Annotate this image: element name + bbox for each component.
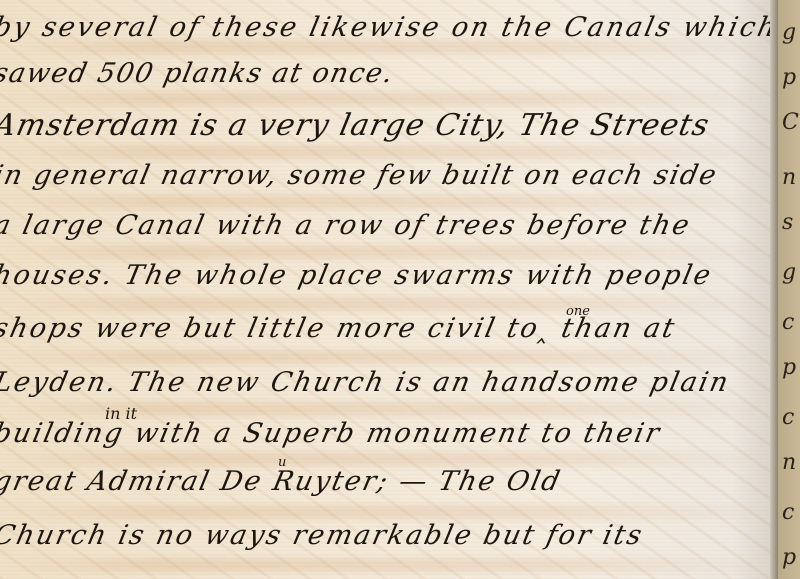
manuscript-line-3: Amsterdam is a very large City, The Stre… — [0, 108, 713, 143]
next-page-fragment: C — [782, 110, 799, 135]
next-page-fragment: c — [782, 310, 794, 335]
next-page-fragment: p — [782, 545, 796, 570]
next-page-fragment: s — [782, 210, 793, 235]
next-page-fragment: n — [782, 450, 796, 475]
next-page-fragment: g — [782, 20, 796, 45]
manuscript-line-7: shops were but little more civil to‸ tha… — [0, 313, 679, 344]
next-page-fragment: p — [782, 65, 796, 90]
next-page-fragment: n — [782, 165, 796, 190]
manuscript-line-10: great Admiral De Ruyter; — The Old — [0, 466, 564, 497]
book-gutter — [770, 0, 778, 579]
next-page-fragment: g — [782, 260, 796, 285]
manuscript-line-1: by several of these likewise on the Cana… — [0, 12, 781, 43]
manuscript-line-9: building with a Superb monument to their — [0, 418, 664, 449]
next-page-fragment: c — [782, 500, 794, 525]
next-page-fragment: p — [782, 355, 796, 380]
manuscript-line-11: Church is no ways remarkable but for its — [0, 520, 647, 551]
manuscript-line-6: houses. The whole place swarms with peop… — [0, 260, 716, 291]
manuscript-line-5: a large Canal with a row of trees before… — [0, 210, 694, 241]
manuscript-line-8: Leyden. The new Church is an handsome pl… — [0, 367, 733, 398]
manuscript-line-4: in general narrow, some few built on eac… — [0, 160, 721, 191]
next-page-edge: g p C n s g c p c n c p — [778, 0, 800, 579]
next-page-fragment: c — [782, 405, 794, 430]
manuscript-line-2: sawed 500 planks at once. — [0, 58, 397, 89]
manuscript-page: by several of these likewise on the Cana… — [0, 0, 770, 579]
